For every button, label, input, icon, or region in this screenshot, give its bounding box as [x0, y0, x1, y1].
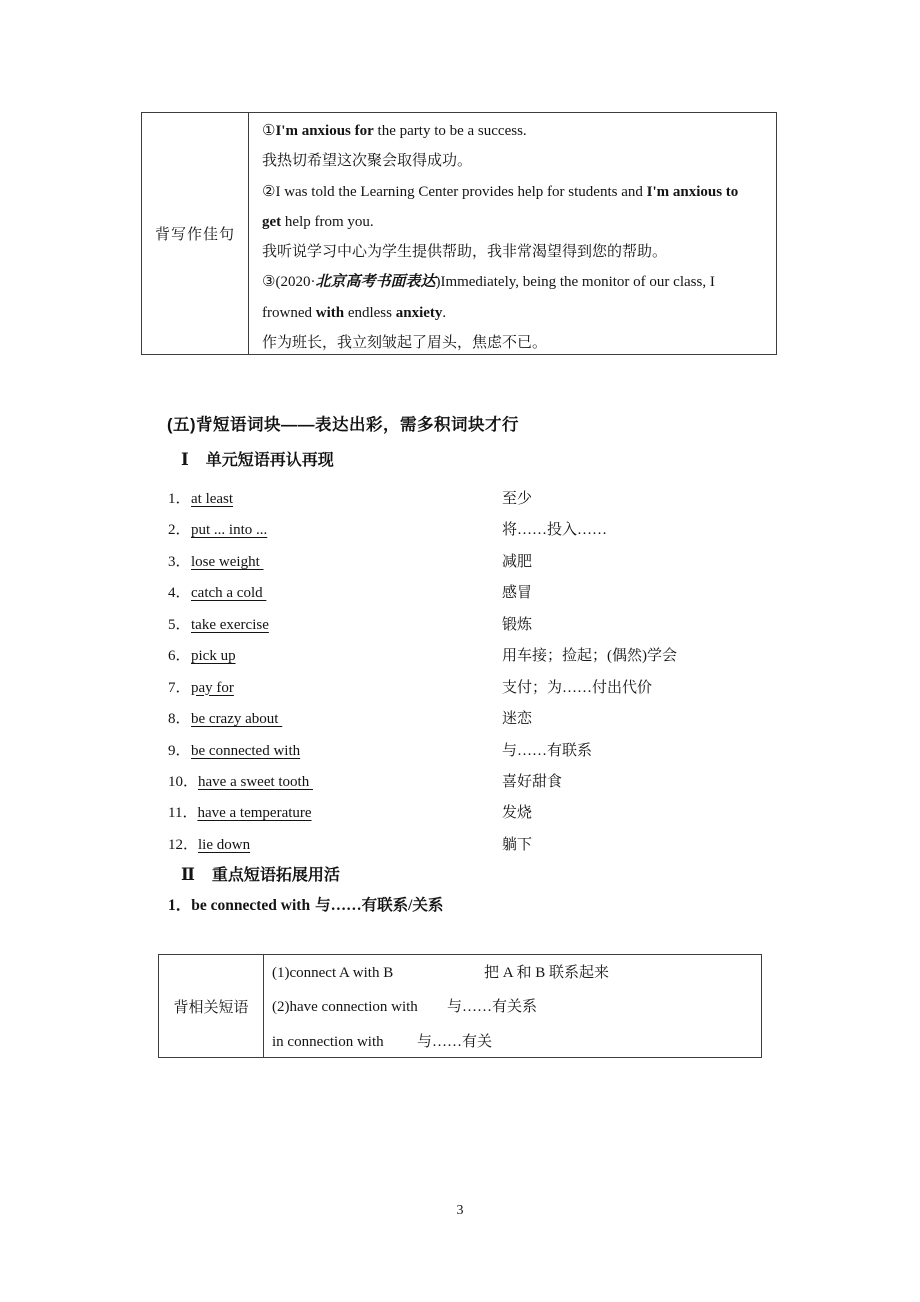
phrase-en: lose weight [191, 554, 264, 570]
related-phrase-zh: 与……有关系 [447, 999, 537, 1015]
focus-phrase-zh: 与……有联系/关系 [315, 897, 443, 914]
phrase-zh: 用车接；捡起；(偶然)学会 [502, 641, 677, 672]
sentence-table: 背写作佳句 ①I'm anxious for the party to be a… [141, 112, 777, 355]
phrase-item: 3．lose weight 减肥 [168, 547, 808, 578]
part1-heading: Ⅰ单元短语再认再现 [181, 447, 334, 470]
phrase-item: 8．be crazy about 迷恋 [168, 704, 808, 735]
phrase-item: 10．have a sweet tooth 喜好甜食 [168, 767, 808, 798]
sentence-lines: ①I'm anxious for the party to be a succe… [249, 113, 776, 354]
phrase-en: be crazy about [191, 711, 282, 727]
phrase-item: 5．take exercise锻炼 [168, 610, 808, 641]
phrase-zh: 锻炼 [502, 610, 532, 641]
phrase-number: 4． [168, 578, 191, 609]
phrase-zh: 支付；为……付出代价 [502, 673, 652, 704]
sentence-line: ③(2020·北京高考书面表达)Immediately, being the m… [262, 267, 768, 297]
phrase-number: 9． [168, 736, 191, 767]
phrase-en: take exercise [191, 617, 269, 633]
sentence-line: frowned with endless anxiety. [262, 298, 768, 328]
phrase-en: pick up [191, 648, 236, 664]
section-title: (五)背短语词块——表达出彩，需多积词块才行 [167, 411, 519, 435]
focus-phrase-en: be connected with [191, 897, 310, 914]
sentence-line: 我热切希望这次聚会取得成功。 [262, 146, 768, 176]
phrase-number: 8． [168, 704, 191, 735]
related-phrase-row: (1)connect A with B把 A 和 B 联系起来 [272, 956, 761, 990]
phrase-list: 1．at least至少2．put ... into ...将……投入……3．l… [168, 484, 808, 861]
related-table-rows: (1)connect A with B把 A 和 B 联系起来(2)have c… [264, 955, 761, 1057]
phrase-number: 10． [168, 767, 198, 798]
phrase-zh: 迷恋 [502, 704, 532, 735]
phrase-number: 11． [168, 798, 197, 829]
phrase-zh: 与……有联系 [502, 736, 592, 767]
phrase-en: lie down [198, 837, 250, 853]
phrase-item: 12．lie down躺下 [168, 830, 808, 861]
phrase-en: pay for [191, 680, 234, 696]
phrase-number: 7． [168, 673, 191, 704]
phrase-en: put ... into ... [191, 522, 267, 538]
phrase-zh: 减肥 [502, 547, 532, 578]
phrase-item: 1．at least至少 [168, 484, 808, 515]
part1-title: 单元短语再认再现 [206, 452, 334, 469]
phrase-number: 5． [168, 610, 191, 641]
related-table-label: 背相关短语 [159, 955, 264, 1057]
phrase-item: 7．pay for支付；为……付出代价 [168, 673, 808, 704]
phrase-zh: 将……投入…… [502, 515, 607, 546]
phrase-zh: 喜好甜食 [502, 767, 562, 798]
phrase-number: 6． [168, 641, 191, 672]
related-phrase-row: in connection with与……有关 [272, 1025, 761, 1057]
phrase-number: 1． [168, 484, 191, 515]
phrase-zh: 躺下 [502, 830, 532, 861]
phrase-number: 12． [168, 830, 198, 861]
phrase-item: 2．put ... into ...将……投入…… [168, 515, 808, 546]
related-phrase-en: (2)have connection with [272, 990, 447, 1024]
focus-number: 1． [168, 897, 191, 914]
phrase-number: 3． [168, 547, 191, 578]
phrase-item: 4．catch a cold 感冒 [168, 578, 808, 609]
focus-phrase-line: 1．be connected with与……有联系/关系 [168, 893, 443, 915]
sentence-table-label: 背写作佳句 [142, 113, 249, 354]
part2-title: 重点短语拓展用活 [212, 867, 340, 884]
related-phrase-row: (2)have connection with与……有关系 [272, 990, 761, 1024]
sentence-line: 作为班长，我立刻皱起了眉头，焦虑不已。 [262, 328, 768, 354]
part2-numeral: Ⅱ [181, 865, 195, 884]
page-number: 3 [0, 1203, 920, 1219]
phrase-item: 11．have a temperature发烧 [168, 798, 808, 829]
sentence-line: 我听说学习中心为学生提供帮助，我非常渴望得到您的帮助。 [262, 237, 768, 267]
phrase-number: 2． [168, 515, 191, 546]
phrase-en: be connected with [191, 743, 300, 759]
phrase-item: 9．be connected with与……有联系 [168, 736, 808, 767]
related-phrase-zh: 与……有关 [417, 1034, 492, 1050]
related-phrase-en: (1)connect A with B [272, 956, 484, 990]
part2-heading: Ⅱ重点短语拓展用活 [181, 862, 340, 885]
phrase-en: have a sweet tooth [198, 774, 313, 790]
related-phrase-en: in connection with [272, 1025, 417, 1057]
related-phrase-zh: 把 A 和 B 联系起来 [484, 965, 609, 981]
phrase-en: catch a cold [191, 585, 266, 601]
phrase-en: at least [191, 491, 233, 507]
document-page: 背写作佳句 ①I'm anxious for the party to be a… [0, 0, 920, 1302]
sentence-line: ①I'm anxious for the party to be a succe… [262, 116, 768, 146]
phrase-zh: 至少 [502, 484, 532, 515]
phrase-item: 6．pick up用车接；捡起；(偶然)学会 [168, 641, 808, 672]
sentence-line: get help from you. [262, 207, 768, 237]
phrase-zh: 感冒 [502, 578, 532, 609]
related-phrases-table: 背相关短语 (1)connect A with B把 A 和 B 联系起来(2)… [158, 954, 762, 1058]
part1-numeral: Ⅰ [181, 450, 189, 469]
phrase-en: have a temperature [197, 805, 311, 821]
sentence-line: ②I was told the Learning Center provides… [262, 177, 768, 207]
phrase-zh: 发烧 [502, 798, 532, 829]
